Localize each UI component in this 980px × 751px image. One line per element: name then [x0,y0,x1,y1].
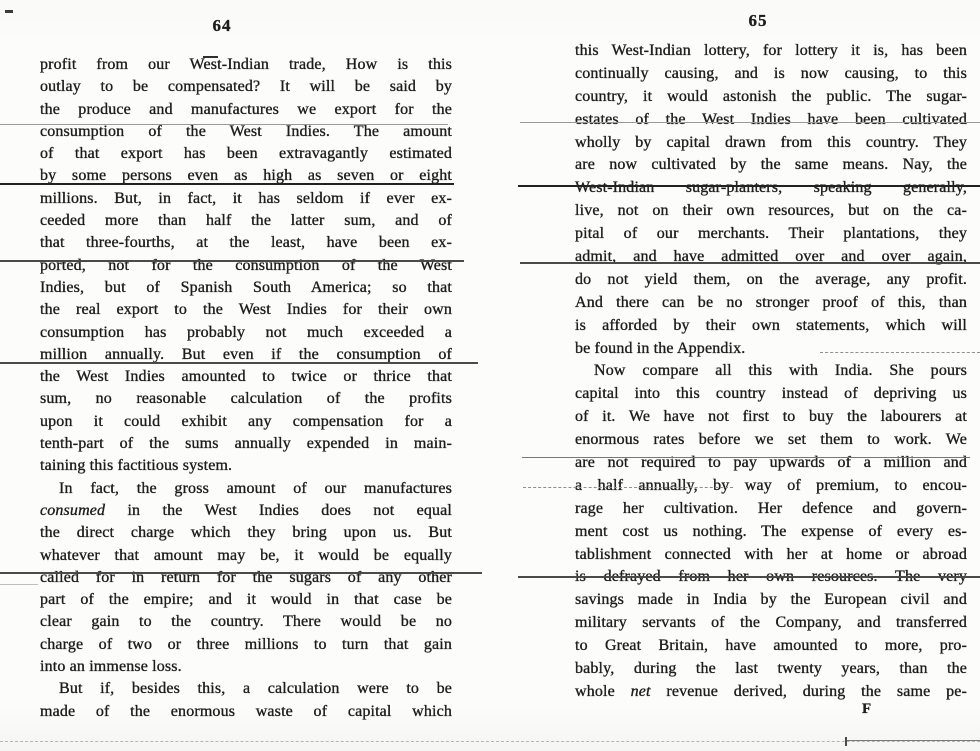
text-line: whatever that amount may be, it would be… [40,545,452,567]
text-line: by some persons even as high as seven or… [40,165,452,187]
text-line: the produce and manufactures we export f… [40,99,452,121]
text-line: Now compare all this with India. She pou… [575,360,967,383]
text-line: live, not on their own resources, but on… [575,200,967,223]
text-line: the West Indies amounted to twice or thr… [40,366,452,388]
text-line: taining this factitious system. [40,455,452,477]
text-line: the direct charge which they bring upon … [40,522,452,544]
text-line: million annually. But even if the consum… [40,344,452,366]
text-line: whole net revenue derived, during the sa… [575,681,967,704]
text-line: bably, during the last twenty years, tha… [575,658,967,681]
text-line: rage her cultivation. Her defence and go… [575,498,967,521]
text-line: consumption of the West Indies. The amou… [40,121,452,143]
text-line: a half annually, by way of premium, to e… [575,475,967,498]
text-line: In fact, the gross amount of our manufac… [40,478,452,500]
text-line: ported, not for the consumption of the W… [40,255,452,277]
text-column-right: this West-Indian lottery, for lottery it… [575,40,967,704]
text-line: part of the empire; and it would in that… [40,589,452,611]
text-line: admit, and have admitted over and over a… [575,246,967,269]
text-line: made of the enormous waste of capital wh… [40,701,452,723]
text-line: But if, besides this, a calculation were… [40,678,452,700]
text-line: military servants of the Company, and tr… [575,612,967,635]
text-line: that three-fourths, at the least, have b… [40,232,452,254]
text-line: ceeded more than half the latter sum, an… [40,210,452,232]
text-line: called for in return for the sugars of a… [40,567,452,589]
text-line: be found in the Appendix. [575,338,967,361]
page-number-right: 65 [736,11,780,31]
text-line: into an immense loss. [40,656,452,678]
text-line: tablishment connected with her at home o… [575,544,967,567]
text-line: the real export to the West Indies for t… [40,299,452,321]
text-line: consumption has probably not much exceed… [40,322,452,344]
text-line: millions. But, in fact, it has seldom if… [40,188,452,210]
text-line: West-Indian sugar-planters, speaking gen… [575,177,967,200]
text-line: profit from our West-Indian trade, How i… [40,54,452,76]
text-line: pital of our merchants. Their plantation… [575,223,967,246]
text-line: wholly by capital drawn from this countr… [575,132,967,155]
page-number-left: 64 [200,16,244,36]
text-column-left: profit from our West-Indian trade, How i… [40,54,452,723]
text-line: clear gain to the country. There would b… [40,611,452,633]
text-line: this West-Indian lottery, for lottery it… [575,40,967,63]
text-line: consumed in the West Indies does not equ… [40,500,452,522]
text-line: enormous rates before we set them to wor… [575,429,967,452]
text-line: Indies, but of Spanish South America; so… [40,277,452,299]
text-line: outlay to be compensated? It will be sai… [40,76,452,98]
text-line: tenth-part of the sums annually expended… [40,433,452,455]
text-line: sum, no reasonable calculation of the pr… [40,388,452,410]
text-line: upon it could exhibit any compensation f… [40,411,452,433]
text-line: capital into this country instead of dep… [575,383,967,406]
signature-mark: F [862,701,871,718]
text-line: estates of the West Indies have been cul… [575,109,967,132]
text-line: to Great Britain, have amounted to more,… [575,635,967,658]
text-line: of it. We have not first to buy the labo… [575,406,967,429]
text-line: do not yield them, on the average, any p… [575,269,967,292]
text-line: of that export has been extravagantly es… [40,143,452,165]
text-line: And there can be no stronger proof of th… [575,292,967,315]
text-line: savings made in India by the European ci… [575,589,967,612]
text-line: are now cultivated by the same means. Na… [575,154,967,177]
text-line: continually causing, and is now causing,… [575,63,967,86]
text-line: country, it would astonish the public. T… [575,86,967,109]
text-line: ment cost us nothing. The expense of eve… [575,521,967,544]
text-line: charge of two or three millions to turn … [40,634,452,656]
text-line: is defrayed from her own resources. The … [575,566,967,589]
text-line: is afforded by their own statements, whi… [575,315,967,338]
text-line: are not required to pay upwards of a mil… [575,452,967,475]
